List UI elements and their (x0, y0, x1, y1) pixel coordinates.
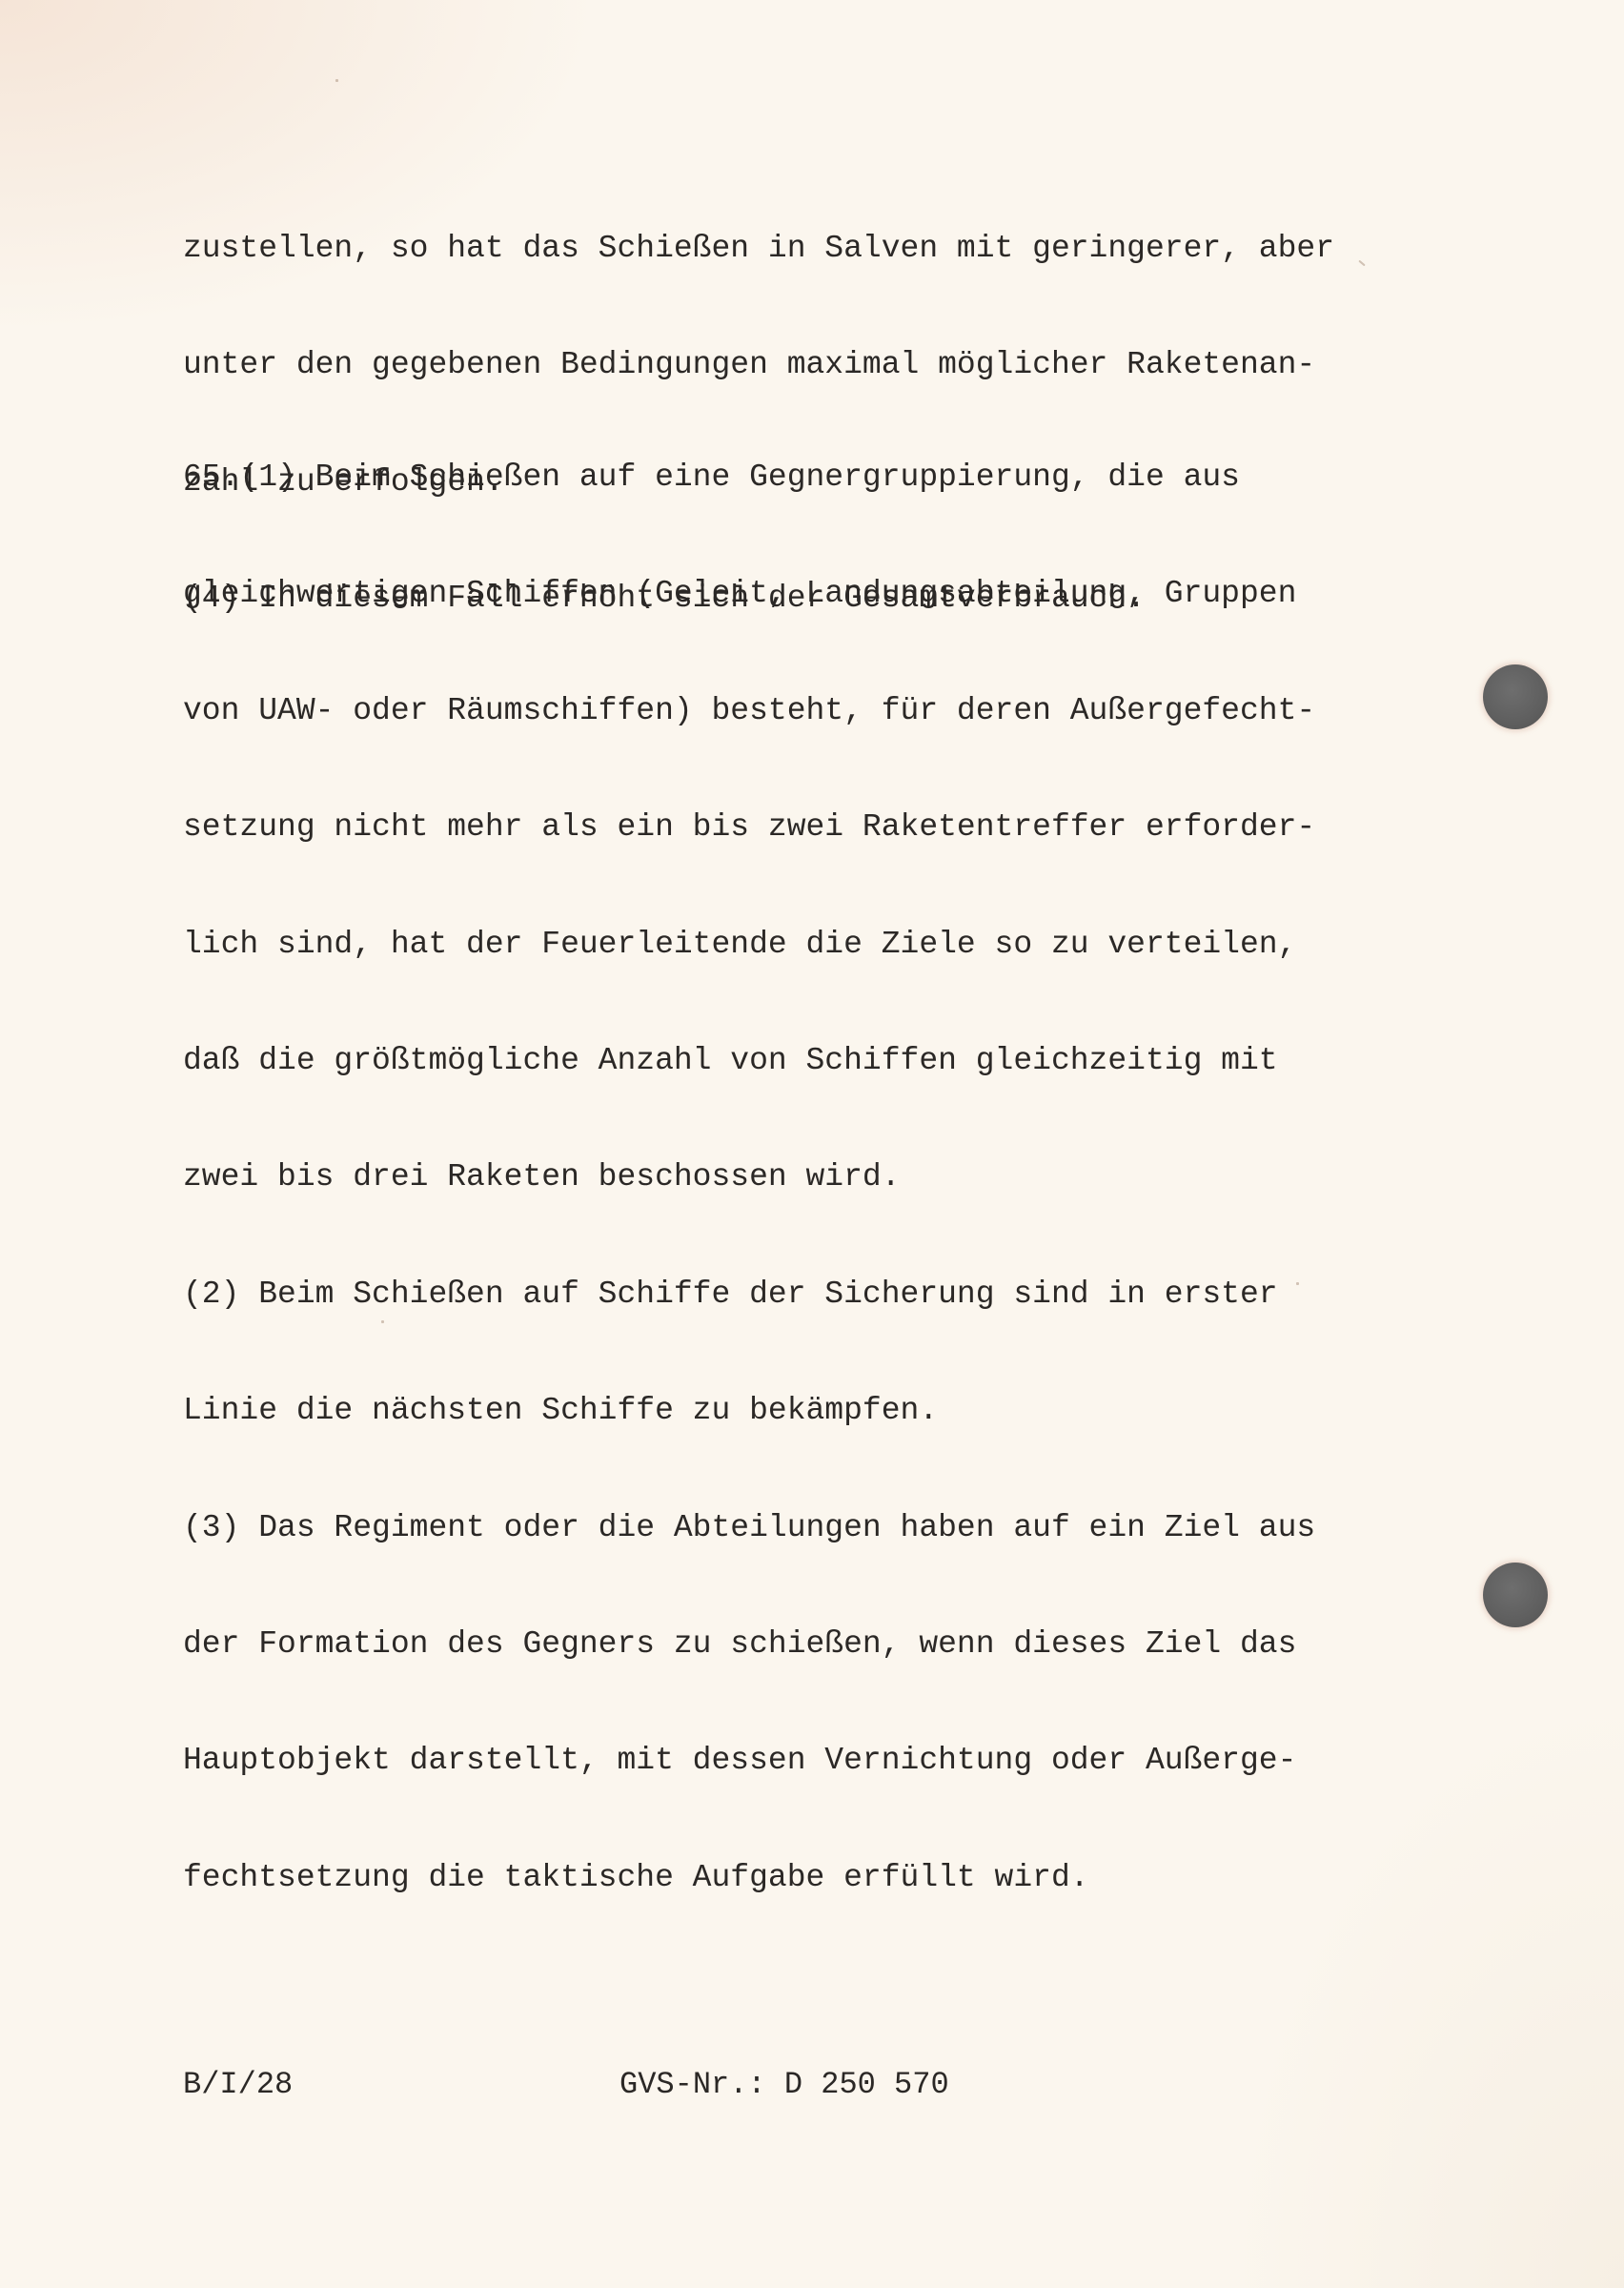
text-line: unter den gegebenen Bedingungen maximal … (183, 342, 1334, 388)
paper-speck (335, 79, 338, 82)
paper-speck (1296, 1282, 1299, 1285)
text-line: von UAW- oder Räumschiffen) besteht, für… (183, 688, 1315, 734)
text-line: zwei bis drei Raketen beschossen wird. (183, 1154, 1315, 1200)
text-line: Hauptobjekt darstellt, mit dessen Vernic… (183, 1738, 1315, 1784)
text-line: lich sind, hat der Feuerleitende die Zie… (183, 922, 1315, 968)
document-page: zustellen, so hat das Schießen in Salven… (0, 0, 1624, 2288)
paper-speck (381, 1320, 384, 1323)
punch-hole-top (1483, 664, 1548, 729)
text-line: daß die größtmögliche Anzahl von Schiffe… (183, 1038, 1315, 1084)
footer-classification-number: GVS-Nr.: D 250 570 (619, 2062, 949, 2108)
text-line: fechtsetzung die taktische Aufgabe erfül… (183, 1855, 1315, 1901)
text-line: setzung nicht mehr als ein bis zwei Rake… (183, 805, 1315, 850)
text-line: zustellen, so hat das Schießen in Salven… (183, 226, 1334, 272)
text-line: (2) Beim Schießen auf Schiffe der Sicher… (183, 1272, 1315, 1318)
text-line: 65.(1) Beim Schießen auf eine Gegnergrup… (183, 455, 1315, 500)
text-line: (3) Das Regiment oder die Abteilungen ha… (183, 1505, 1315, 1551)
section-65: 65.(1) Beim Schießen auf eine Gegnergrup… (183, 384, 1315, 1971)
text-line: der Formation des Gegners zu schießen, w… (183, 1622, 1315, 1667)
footer-page-reference: B/I/28 (183, 2062, 293, 2108)
punch-hole-bottom (1483, 1563, 1548, 1627)
text-line: Linie die nächsten Schiffe zu bekämpfen. (183, 1388, 1315, 1434)
paper-speck (1358, 260, 1365, 267)
text-line: gleichwertigen Schiffen (Geleit, Landung… (183, 571, 1315, 617)
